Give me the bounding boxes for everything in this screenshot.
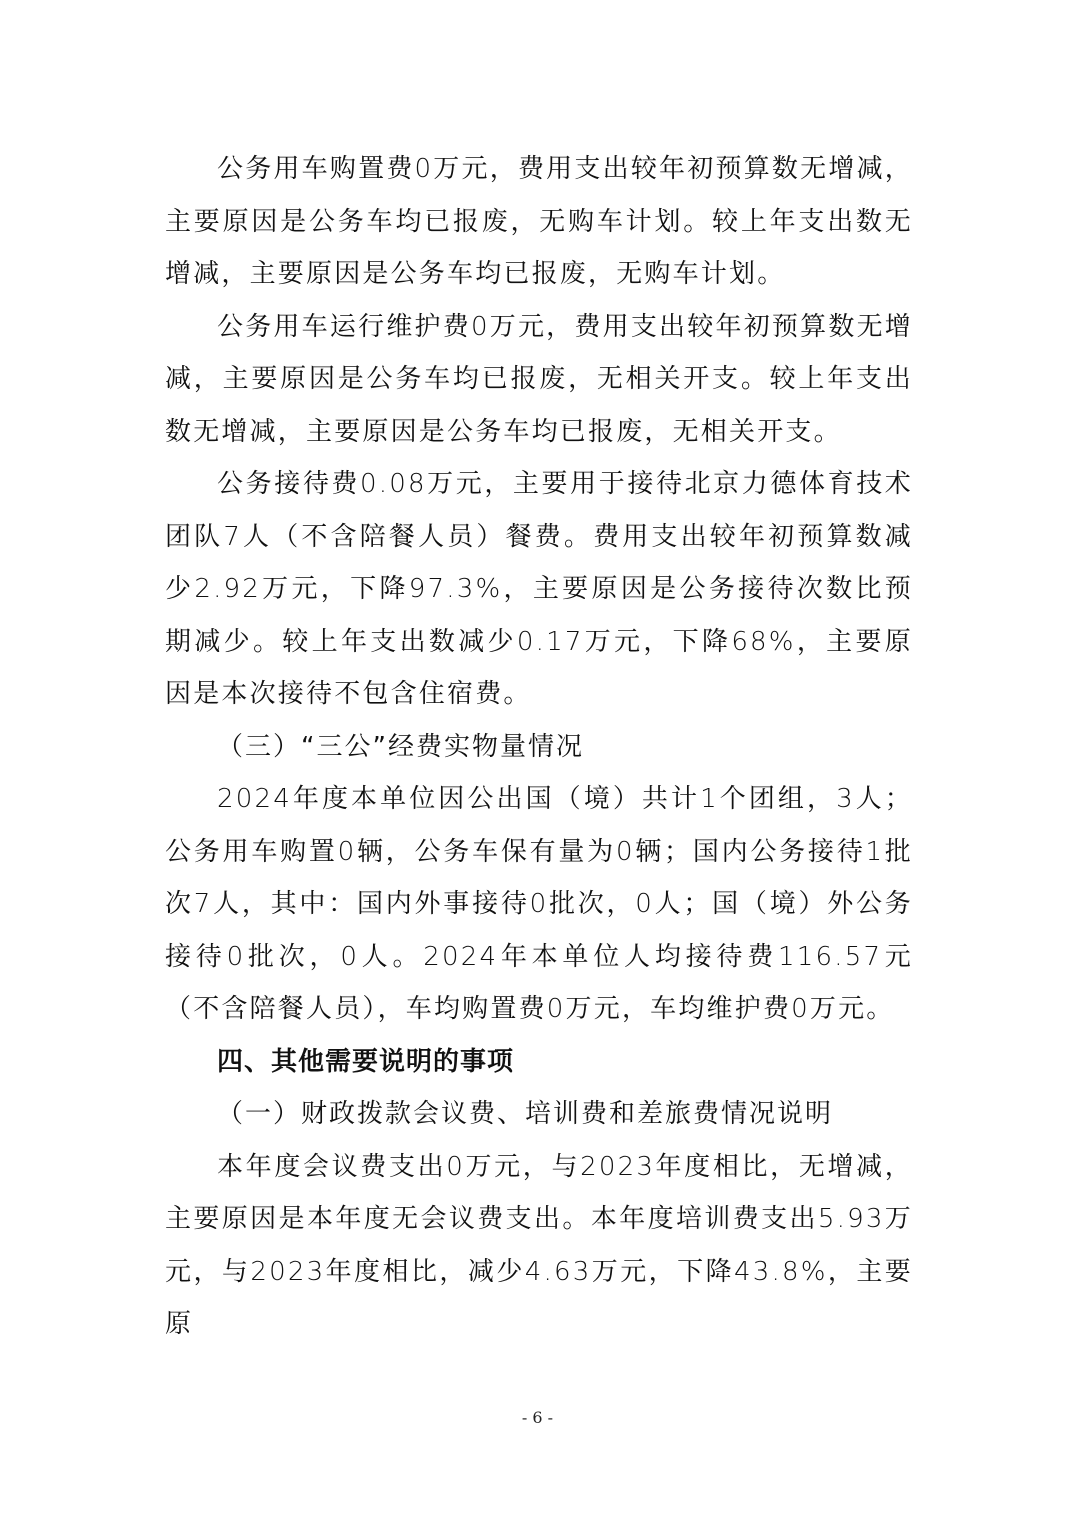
paragraph-reception-fee: 公务接待费0.08万元，主要用于接待北京力德体育技术团队7人（不含陪餐人员）餐费… [165, 458, 913, 721]
subheading-physical-quantity: （三）“三公”经费实物量情况 [165, 721, 913, 774]
page-number: - 6 - [0, 1408, 1075, 1427]
paragraph-physical-quantity: 2024年度本单位因公出国（境）共计1个团组，3人；公务用车购置0辆，公务车保有… [165, 773, 913, 1036]
paragraph-meeting-training: 本年度会议费支出0万元，与2023年度相比，无增减，主要原因是本年度无会议费支出… [165, 1141, 913, 1351]
document-page: 公务用车购置费0万元，费用支出较年初预算数无增减，主要原因是公务车均已报废，无购… [165, 143, 913, 1351]
subheading-meeting-training-travel: （一）财政拨款会议费、培训费和差旅费情况说明 [165, 1088, 913, 1141]
paragraph-vehicle-purchase: 公务用车购置费0万元，费用支出较年初预算数无增减，主要原因是公务车均已报废，无购… [165, 143, 913, 301]
paragraph-vehicle-maintenance: 公务用车运行维护费0万元，费用支出较年初预算数无增减，主要原因是公务车均已报废，… [165, 301, 913, 459]
heading-other-matters: 四、其他需要说明的事项 [165, 1036, 913, 1089]
